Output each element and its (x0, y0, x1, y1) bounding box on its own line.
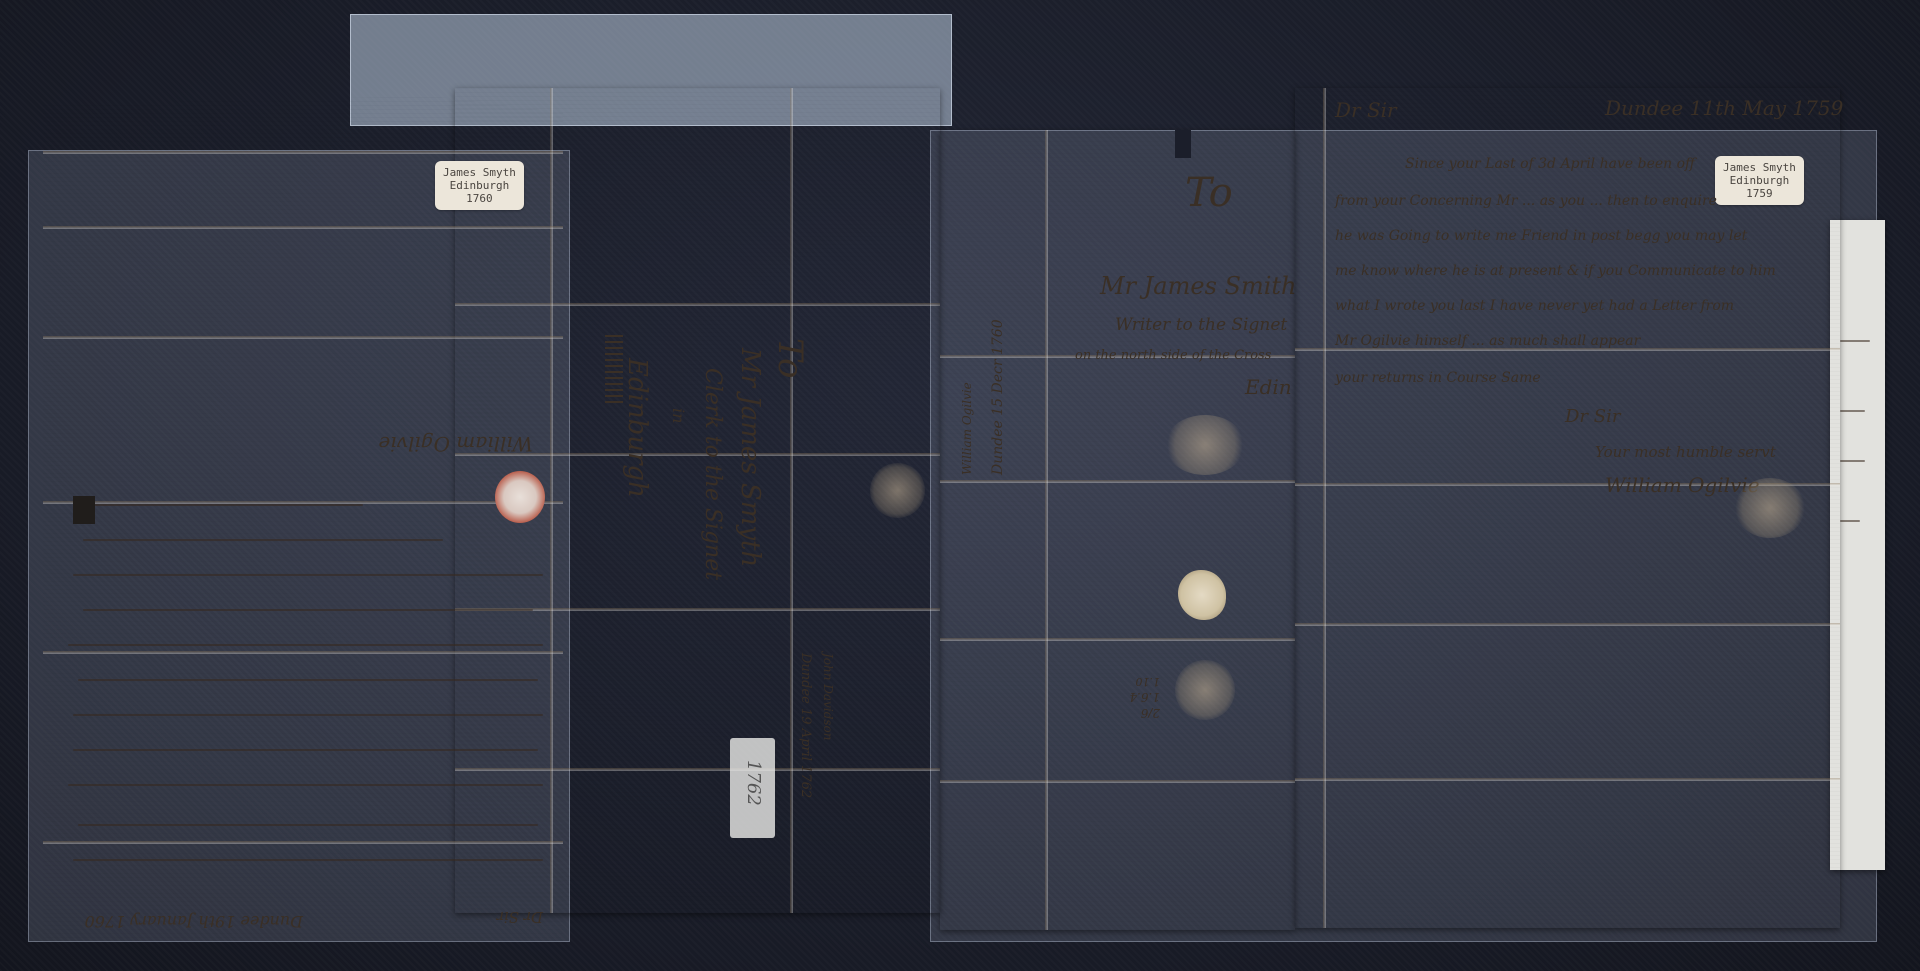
letter-1-signature: William Ogilvie (378, 432, 533, 456)
letter-1: James Smyth Edinburgh 1760 Dundee 19th J… (43, 96, 563, 942)
body-line-2: from your Concerning Mr ... as you ... t… (1335, 193, 1717, 209)
body-line-5: what I wrote you last I have never yet h… (1335, 298, 1734, 314)
letter-4: Dr Sir Dundee 11th May 1759 James Smyth … (1295, 88, 1840, 928)
letter-4-dateline: Dundee 11th May 1759 (1605, 96, 1843, 120)
address-name: Mr James Smyth (735, 348, 765, 567)
wax-seal-mark (870, 463, 925, 518)
address-title: Clerk to the Signet (700, 368, 725, 580)
wax-seal (1178, 570, 1226, 620)
seal-stain-lower (1175, 660, 1235, 720)
letter-1-body: Dundee 19th January 1760 Dr Sir William … (43, 356, 563, 956)
body-line-6: Mr Ogilvie himself ... as much shall app… (1335, 333, 1640, 349)
body-line-7: your returns in Course Same (1335, 370, 1541, 386)
address-name: Mr James Smith (1100, 272, 1297, 300)
postal-marks: 2/6 1.6.4 1.10 (1115, 670, 1165, 720)
letter-2-address: To Mr James Smyth Clerk to the Signet in… (540, 338, 770, 638)
address-street: on the north side of the Cross (1075, 348, 1271, 363)
letter-4-signature: William Ogilvie (1605, 473, 1760, 497)
address-in: in (669, 408, 688, 423)
archival-label: James Smyth Edinburgh 1759 (1715, 156, 1804, 205)
struck-out-mark (605, 333, 623, 403)
letter-4-valediction: Your most humble servt (1595, 443, 1776, 461)
address-city: Edinburgh (622, 358, 652, 498)
archival-label: James Smyth Edinburgh 1760 (435, 161, 524, 210)
body-line-3: he was Going to write me Friend in post … (1335, 228, 1747, 244)
seal-stain (1165, 415, 1245, 475)
address-to: To (770, 338, 810, 379)
letter-1-dateline: Dundee 19th January 1760 (85, 912, 303, 931)
seal-impression (1735, 478, 1805, 538)
pencil-note-tab: 1762 (730, 738, 775, 838)
address-city: Edin (1245, 375, 1292, 399)
letter-1-salutation: Dr Sir (497, 908, 543, 926)
letter-3: To Mr James Smith Writer to the Signet o… (940, 130, 1295, 930)
red-wax-seal (495, 471, 545, 523)
letter-4-closing: Dr Sir (1565, 406, 1620, 427)
address-to: To (1185, 170, 1233, 216)
address-title: Writer to the Signet (1115, 315, 1287, 335)
letter-4-salutation: Dr Sir (1335, 98, 1397, 122)
notch (1175, 130, 1191, 158)
body-line-4: me know where he is at present & if you … (1335, 263, 1776, 279)
body-line-1: Since your Last of 3d April have been of… (1405, 156, 1695, 172)
seal-tear-hole (73, 496, 95, 524)
pencil-year: 1762 (743, 760, 764, 806)
